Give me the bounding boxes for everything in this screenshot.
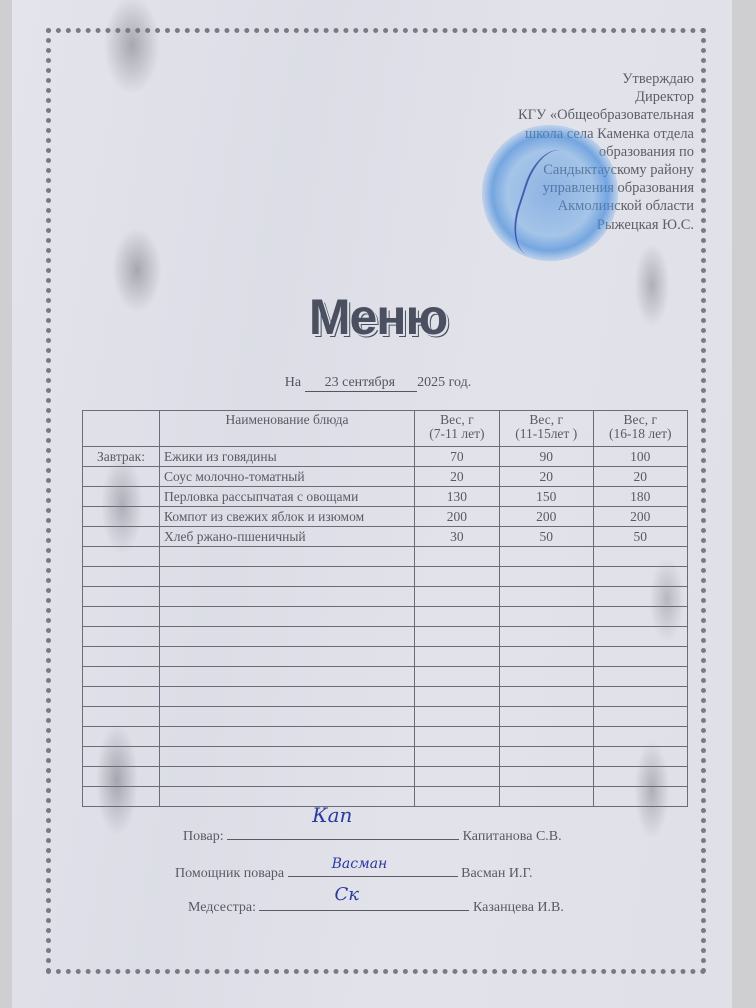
weight-11-15-header: Вес, г(11-15лет ) xyxy=(499,411,593,447)
weight-7-11-cell xyxy=(415,727,500,747)
meal-cell xyxy=(83,687,160,707)
meal-cell xyxy=(83,547,160,567)
weight-7-11-cell xyxy=(415,747,500,767)
weight-11-15-cell xyxy=(499,647,593,667)
weight-7-11-cell: 130 xyxy=(415,487,500,507)
dish-cell: Перловка рассыпчатая с овощами xyxy=(160,487,415,507)
weight-7-11-cell: 20 xyxy=(415,467,500,487)
dish-cell: Хлеб ржано-пшеничный xyxy=(160,527,415,547)
header-text: (16-18 лет) xyxy=(598,427,683,441)
weight-7-11-cell xyxy=(415,627,500,647)
dish-cell xyxy=(160,547,415,567)
weight-11-15-cell xyxy=(499,747,593,767)
table-row: Соус молочно-томатный202020 xyxy=(83,467,688,487)
weight-16-18-cell: 50 xyxy=(593,527,687,547)
weight-7-11-header: Вес, г(7-11 лет) xyxy=(415,411,500,447)
table-row xyxy=(83,567,688,587)
weight-7-11-cell: 200 xyxy=(415,507,500,527)
table-row xyxy=(83,667,688,687)
dish-cell xyxy=(160,587,415,607)
weight-16-18-cell xyxy=(593,707,687,727)
weight-16-18-cell: 200 xyxy=(593,507,687,527)
meal-header xyxy=(83,411,160,447)
date-line: На 23 сентября2025 год. xyxy=(0,375,756,392)
dish-cell: Компот из свежих яблок и изюмом xyxy=(160,507,415,527)
table-row xyxy=(83,767,688,787)
table-row: Завтрак:Ежики из говядины7090100 xyxy=(83,447,688,467)
signature-name: Васман И.Г. xyxy=(461,866,532,881)
weight-7-11-cell xyxy=(415,567,500,587)
weight-11-15-cell xyxy=(499,767,593,787)
meal-cell xyxy=(83,647,160,667)
signature-assistant-cook: Помощник повара Васман Васман И.Г. xyxy=(175,862,533,882)
signature-line: Васман xyxy=(288,862,458,877)
weight-11-15-cell xyxy=(499,787,593,807)
weight-7-11-cell: 30 xyxy=(415,527,500,547)
weight-16-18-cell: 180 xyxy=(593,487,687,507)
table-row xyxy=(83,607,688,627)
weight-11-15-cell: 20 xyxy=(499,467,593,487)
table-row xyxy=(83,747,688,767)
weight-11-15-cell xyxy=(499,567,593,587)
header-text: Наименование блюда xyxy=(164,413,410,427)
weight-16-18-cell xyxy=(593,567,687,587)
meal-cell xyxy=(83,667,160,687)
weight-11-15-cell: 200 xyxy=(499,507,593,527)
signature-nurse: Медсестра: Ск Казанцева И.В. xyxy=(188,896,564,916)
meal-cell xyxy=(83,487,160,507)
weight-16-18-cell xyxy=(593,547,687,567)
signature-cook: Повар: Кап Капитанова С.В. xyxy=(183,825,562,845)
signature-name: Казанцева И.В. xyxy=(473,900,564,915)
header-text: Вес, г xyxy=(419,413,495,427)
meal-cell xyxy=(83,727,160,747)
table-row xyxy=(83,687,688,707)
dish-cell xyxy=(160,787,415,807)
weight-7-11-cell xyxy=(415,587,500,607)
table-row xyxy=(83,547,688,567)
weight-16-18-cell: 100 xyxy=(593,447,687,467)
handwritten-signature: Васман xyxy=(332,856,388,872)
weight-16-18-cell: 20 xyxy=(593,467,687,487)
weight-16-18-cell xyxy=(593,727,687,747)
weight-7-11-cell xyxy=(415,547,500,567)
signature-role: Медсестра: xyxy=(188,900,256,915)
signature-line: Ск xyxy=(259,896,469,911)
meal-cell xyxy=(83,607,160,627)
weight-16-18-cell xyxy=(593,587,687,607)
dish-cell: Ежики из говядины xyxy=(160,447,415,467)
table-row xyxy=(83,787,688,807)
date-day: 23 сентября xyxy=(305,375,418,392)
table-row: Перловка рассыпчатая с овощами130150180 xyxy=(83,487,688,507)
meal-cell xyxy=(83,527,160,547)
page-title: Меню xyxy=(0,288,756,346)
handwritten-signature: Кап xyxy=(312,803,352,827)
meal-cell xyxy=(83,587,160,607)
meal-cell xyxy=(83,747,160,767)
dish-cell: Соус молочно-томатный xyxy=(160,467,415,487)
weight-7-11-cell xyxy=(415,787,500,807)
weight-7-11-cell: 70 xyxy=(415,447,500,467)
table-row: Хлеб ржано-пшеничный305050 xyxy=(83,527,688,547)
weight-7-11-cell xyxy=(415,767,500,787)
dish-cell xyxy=(160,667,415,687)
weight-11-15-cell: 90 xyxy=(499,447,593,467)
table-row: Компот из свежих яблок и изюмом200200200 xyxy=(83,507,688,527)
meal-cell xyxy=(83,507,160,527)
meal-cell xyxy=(83,767,160,787)
header-text: (7-11 лет) xyxy=(419,427,495,441)
table-header-row: Наименование блюдаВес, г(7-11 лет)Вес, г… xyxy=(83,411,688,447)
weight-7-11-cell xyxy=(415,667,500,687)
header-text: Вес, г xyxy=(504,413,589,427)
weight-11-15-cell xyxy=(499,687,593,707)
weight-11-15-cell: 150 xyxy=(499,487,593,507)
weight-11-15-cell xyxy=(499,727,593,747)
weight-7-11-cell xyxy=(415,607,500,627)
signature-line: Кап xyxy=(227,825,459,840)
dish-name-header: Наименование блюда xyxy=(160,411,415,447)
weight-16-18-cell xyxy=(593,627,687,647)
dish-cell xyxy=(160,647,415,667)
approval-line: Утверждаю xyxy=(434,70,694,88)
weight-16-18-cell xyxy=(593,767,687,787)
weight-11-15-cell: 50 xyxy=(499,527,593,547)
date-prefix: На xyxy=(285,375,301,390)
table-row xyxy=(83,707,688,727)
weight-7-11-cell xyxy=(415,707,500,727)
weight-7-11-cell xyxy=(415,687,500,707)
weight-11-15-cell xyxy=(499,707,593,727)
dish-cell xyxy=(160,727,415,747)
weight-11-15-cell xyxy=(499,547,593,567)
weight-16-18-cell xyxy=(593,667,687,687)
meal-cell xyxy=(83,567,160,587)
weight-16-18-cell xyxy=(593,607,687,627)
dish-cell xyxy=(160,687,415,707)
meal-cell xyxy=(83,707,160,727)
dish-cell xyxy=(160,607,415,627)
weight-11-15-cell xyxy=(499,667,593,687)
weight-16-18-cell xyxy=(593,787,687,807)
weight-16-18-cell xyxy=(593,647,687,667)
weight-7-11-cell xyxy=(415,647,500,667)
header-text: (11-15лет ) xyxy=(504,427,589,441)
handwritten-signature: Ск xyxy=(334,884,359,905)
meal-cell: Завтрак: xyxy=(83,447,160,467)
approval-line: Директор xyxy=(434,88,694,106)
meal-cell xyxy=(83,787,160,807)
weight-11-15-cell xyxy=(499,587,593,607)
dish-cell xyxy=(160,567,415,587)
weight-11-15-cell xyxy=(499,607,593,627)
weight-16-18-header: Вес, г(16-18 лет) xyxy=(593,411,687,447)
weight-16-18-cell xyxy=(593,687,687,707)
menu-table: Наименование блюдаВес, г(7-11 лет)Вес, г… xyxy=(82,410,688,807)
dish-cell xyxy=(160,627,415,647)
meal-cell xyxy=(83,467,160,487)
header-text: Вес, г xyxy=(598,413,683,427)
table-row xyxy=(83,647,688,667)
table-row xyxy=(83,587,688,607)
meal-cell xyxy=(83,627,160,647)
dish-cell xyxy=(160,747,415,767)
date-year: 2025 год. xyxy=(417,375,471,390)
weight-11-15-cell xyxy=(499,627,593,647)
table-row xyxy=(83,727,688,747)
signature-role: Помощник повара xyxy=(175,866,284,881)
signature-name: Капитанова С.В. xyxy=(463,829,562,844)
signature-role: Повар: xyxy=(183,829,224,844)
table-row xyxy=(83,627,688,647)
dish-cell xyxy=(160,707,415,727)
approval-line: КГУ «Общеобразовательная xyxy=(434,106,694,124)
dish-cell xyxy=(160,767,415,787)
weight-16-18-cell xyxy=(593,747,687,767)
